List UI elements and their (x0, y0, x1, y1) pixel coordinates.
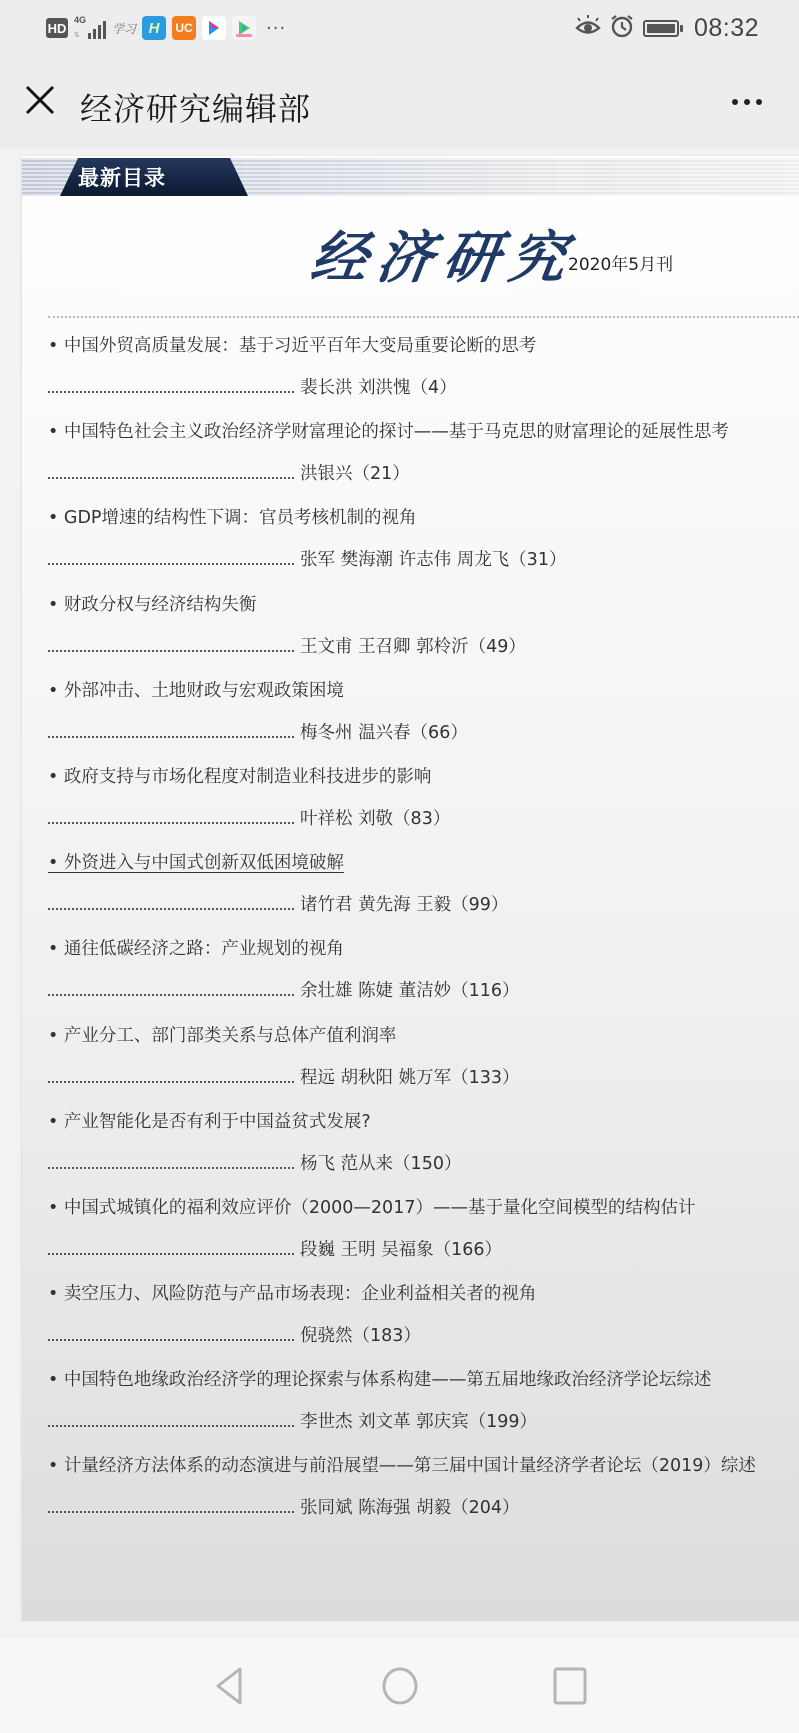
article-authors: 王文甫 王召卿 郭柃沂（49） (48, 633, 526, 658)
article-title-link[interactable]: • 计量经济方法体系的动态演进与前沿展望——第三届中国计量经济学者论坛（2019… (48, 1452, 756, 1477)
toc-item: • 中国特色地缘政治经济学的理论探索与体系构建——第五届地缘政治经济学论坛综述 … (48, 1358, 799, 1444)
article-title-link[interactable]: • 外资进入与中国式创新双低困境破解 (48, 849, 344, 874)
more-icon (732, 99, 738, 105)
toc-item: • GDP增速的结构性下调：官员考核机制的视角 张军 樊海潮 许志伟 周龙飞（3… (48, 496, 799, 582)
dot-leader (48, 1413, 294, 1427)
clock-time: 08:32 (694, 14, 759, 43)
toc-card: 最新目录 经济研究 2020年5月刊 • 中国外贸高质量发展：基于习近平百年大变… (22, 156, 799, 1621)
dot-leader (48, 982, 294, 996)
article-title-link[interactable]: • 产业分工、部门部类关系与总体产值利润率 (48, 1022, 396, 1047)
journal-header: 经济研究 2020年5月刊 (22, 214, 799, 294)
system-nav-bar (0, 1638, 799, 1733)
article-title-link[interactable]: • GDP增速的结构性下调：官员考核机制的视角 (48, 504, 416, 529)
hd-label: HD (48, 21, 67, 36)
article-authors: 倪骁然（183） (48, 1322, 421, 1347)
hd-icon: HD (46, 18, 68, 38)
close-button[interactable] (22, 82, 58, 118)
authors-text: 叶祥松 刘敬（83） (300, 805, 450, 830)
toc-item: • 产业分工、部门部类关系与总体产值利润率 程远 胡秋阳 姚万军（133） (48, 1014, 799, 1100)
authors-text: 段巍 王明 吴福象（166） (300, 1236, 502, 1261)
alarm-icon (610, 14, 634, 42)
article-authors: 叶祥松 刘敬（83） (48, 805, 450, 830)
dot-leader (48, 1499, 294, 1513)
authors-text: 李世杰 刘文革 郭庆宾（199） (300, 1408, 537, 1433)
home-button[interactable] (380, 1666, 420, 1706)
section-banner: 最新目录 (22, 156, 799, 198)
more-icon-dot (756, 99, 762, 105)
article-title-link[interactable]: • 财政分权与经济结构失衡 (48, 591, 256, 616)
article-title-link[interactable]: • 中国外贸高质量发展：基于习近平百年大变局重要论断的思考 (48, 332, 536, 357)
dot-leader (48, 638, 294, 652)
page-title: 经济研究编辑部 (80, 84, 311, 130)
toc-item: • 中国式城镇化的福利效应评价（2000—2017）——基于量化空间模型的结构估… (48, 1186, 799, 1272)
more-icon-dot (744, 99, 750, 105)
status-bar-left: HD 4G ⇅ 学习 H UC ··· (46, 14, 286, 42)
article-authors: 杨飞 范从来（150） (48, 1150, 461, 1175)
web-content[interactable]: 最新目录 经济研究 2020年5月刊 • 中国外贸高质量发展：基于习近平百年大变… (0, 148, 799, 1638)
article-title-link[interactable]: • 中国式城镇化的福利效应评价（2000—2017）——基于量化空间模型的结构估… (48, 1194, 695, 1219)
article-authors: 段巍 王明 吴福象（166） (48, 1236, 502, 1261)
authors-text: 杨飞 范从来（150） (300, 1150, 461, 1175)
network-label: 4G (74, 15, 86, 25)
data-arrows-icon: ⇅ (74, 31, 80, 39)
uc-browser-icon: UC (172, 16, 196, 40)
back-button[interactable] (210, 1666, 250, 1706)
article-authors: 张军 樊海潮 许志伟 周龙飞（31） (48, 546, 566, 571)
article-authors: 裴长洪 刘洪愧（4） (48, 374, 457, 399)
toc-item: • 卖空压力、风险防范与产品市场表现：企业利益相关者的视角 倪骁然（183） (48, 1272, 799, 1358)
journal-logo: 经济研究 (306, 214, 581, 294)
article-title-link[interactable]: • 通往低碳经济之路：产业规划的视角 (48, 935, 344, 960)
more-notifications-icon: ··· (266, 18, 286, 39)
toc-item: • 外部冲击、土地财政与宏观政策困境 梅冬州 温兴春（66） (48, 669, 799, 755)
article-title-link[interactable]: • 中国特色地缘政治经济学的理论探索与体系构建——第五届地缘政治经济学论坛综述 (48, 1366, 711, 1391)
article-title-link[interactable]: • 中国特色社会主义政治经济学财富理论的探讨——基于马克思的财富理论的延展性思考 (48, 418, 729, 443)
dot-leader (48, 896, 294, 910)
authors-text: 洪银兴（21） (300, 460, 410, 485)
dot-leader (48, 465, 294, 479)
article-authors: 梅冬州 温兴春（66） (48, 719, 468, 744)
toc-item: • 外资进入与中国式创新双低困境破解 诸竹君 黄先海 王毅（99） (48, 841, 799, 927)
eye-care-icon (575, 15, 601, 41)
authors-text: 余壮雄 陈婕 董洁妙（116） (300, 977, 520, 1002)
article-authors: 诸竹君 黄先海 王毅（99） (48, 891, 508, 916)
table-of-contents: • 中国外贸高质量发展：基于习近平百年大变局重要论断的思考 裴长洪 刘洪愧（4）… (48, 324, 799, 1531)
dot-leader (48, 1069, 294, 1083)
toc-item: • 计量经济方法体系的动态演进与前沿展望——第三届中国计量经济学者论坛（2019… (48, 1444, 799, 1530)
authors-text: 倪骁然（183） (300, 1322, 421, 1347)
article-authors: 程远 胡秋阳 姚万军（133） (48, 1064, 520, 1089)
authors-text: 张军 樊海潮 许志伟 周龙飞（31） (300, 546, 566, 571)
article-authors: 李世杰 刘文革 郭庆宾（199） (48, 1408, 537, 1433)
article-title-link[interactable]: • 政府支持与市场化程度对制造业科技进步的影响 (48, 763, 431, 788)
dot-leader (48, 379, 294, 393)
article-title-link[interactable]: • 卖空压力、风险防范与产品市场表现：企业利益相关者的视角 (48, 1280, 536, 1305)
toc-item: • 政府支持与市场化程度对制造业科技进步的影响 叶祥松 刘敬（83） (48, 755, 799, 841)
back-icon (210, 1666, 250, 1706)
youku-icon (202, 16, 226, 40)
toc-item: • 中国外贸高质量发展：基于习近平百年大变局重要论断的思考 裴长洪 刘洪愧（4） (48, 324, 799, 410)
article-title-link[interactable]: • 产业智能化是否有利于中国益贫式发展? (48, 1108, 371, 1133)
h-app-icon: H (142, 16, 166, 40)
toc-item: • 中国特色社会主义政治经济学财富理论的探讨——基于马克思的财富理论的延展性思考… (48, 410, 799, 496)
xuexi-app-icon: 学习 (112, 20, 136, 37)
dot-leader (48, 1241, 294, 1255)
toc-item: • 通往低碳经济之路：产业规划的视角 余壮雄 陈婕 董洁妙（116） (48, 927, 799, 1013)
journal-issue: 2020年5月刊 (568, 250, 673, 275)
banner-label: 最新目录 (78, 162, 166, 192)
authors-text: 张同斌 陈海强 胡毅（204） (300, 1494, 520, 1519)
authors-text: 程远 胡秋阳 姚万军（133） (300, 1064, 520, 1089)
recents-button[interactable] (550, 1666, 590, 1706)
dot-leader (48, 724, 294, 738)
authors-text: 裴长洪 刘洪愧（4） (300, 374, 457, 399)
dot-leader (48, 1155, 294, 1169)
authors-text: 王文甫 王召卿 郭柃沂（49） (300, 633, 526, 658)
dot-leader (48, 1327, 294, 1341)
article-authors: 余壮雄 陈婕 董洁妙（116） (48, 977, 520, 1002)
dot-leader (48, 551, 294, 565)
status-bar: HD 4G ⇅ 学习 H UC ··· 08:32 (0, 0, 799, 56)
4g-signal-icon: 4G ⇅ (74, 17, 106, 39)
dot-leader (48, 810, 294, 824)
battery-icon (643, 20, 679, 37)
status-bar-right: 08:32 (575, 12, 759, 44)
tencent-video-icon (232, 16, 256, 40)
close-icon (22, 82, 58, 118)
authors-text: 诸竹君 黄先海 王毅（99） (300, 891, 508, 916)
recents-icon (550, 1666, 590, 1706)
article-authors: 洪银兴（21） (48, 460, 410, 485)
title-bar: 经济研究编辑部 (0, 56, 799, 148)
article-authors: 张同斌 陈海强 胡毅（204） (48, 1494, 520, 1519)
toc-item: • 产业智能化是否有利于中国益贫式发展? 杨飞 范从来（150） (48, 1100, 799, 1186)
authors-text: 梅冬州 温兴春（66） (300, 719, 468, 744)
more-options-button[interactable] (727, 92, 767, 112)
divider (48, 316, 799, 318)
toc-item: • 财政分权与经济结构失衡 王文甫 王召卿 郭柃沂（49） (48, 583, 799, 669)
article-title-link[interactable]: • 外部冲击、土地财政与宏观政策困境 (48, 677, 344, 702)
home-icon (380, 1666, 420, 1706)
